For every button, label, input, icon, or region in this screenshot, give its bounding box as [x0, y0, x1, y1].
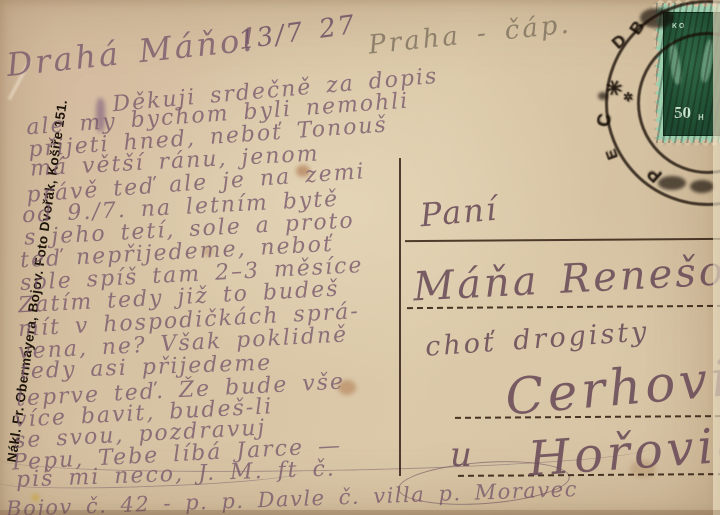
postmark-smudge [598, 92, 608, 100]
date-note: 13/7 27 [237, 12, 358, 54]
pencil-note: Praha - čáp. [367, 11, 573, 58]
message-address-divider [399, 158, 401, 476]
scan-edge-bottom [0, 510, 720, 515]
postcard-scan: Nákl. Fr. Obermayera, Bojov. Foto Dvořák… [0, 0, 720, 515]
address-town: Cerhovice [503, 347, 720, 422]
scan-edge-right [713, 0, 720, 515]
greeting-text: Drahá Máňo! [5, 23, 259, 81]
address-salutation: Paní [419, 193, 500, 232]
postmark-letter: ✲ [623, 90, 633, 104]
postmark-letter: E [602, 147, 621, 162]
postmark-smudge [690, 180, 714, 193]
address-district-prefix: u [450, 438, 474, 472]
postmark-smudge [658, 176, 686, 190]
address-district: Hořovic [527, 420, 720, 483]
address-occupation: choť drogisty [424, 318, 650, 361]
address-name: Máňa Renešová [412, 248, 720, 307]
address-rule-1 [405, 238, 720, 242]
postmark-smudge [640, 8, 674, 28]
postmark-letter: C [593, 112, 616, 128]
